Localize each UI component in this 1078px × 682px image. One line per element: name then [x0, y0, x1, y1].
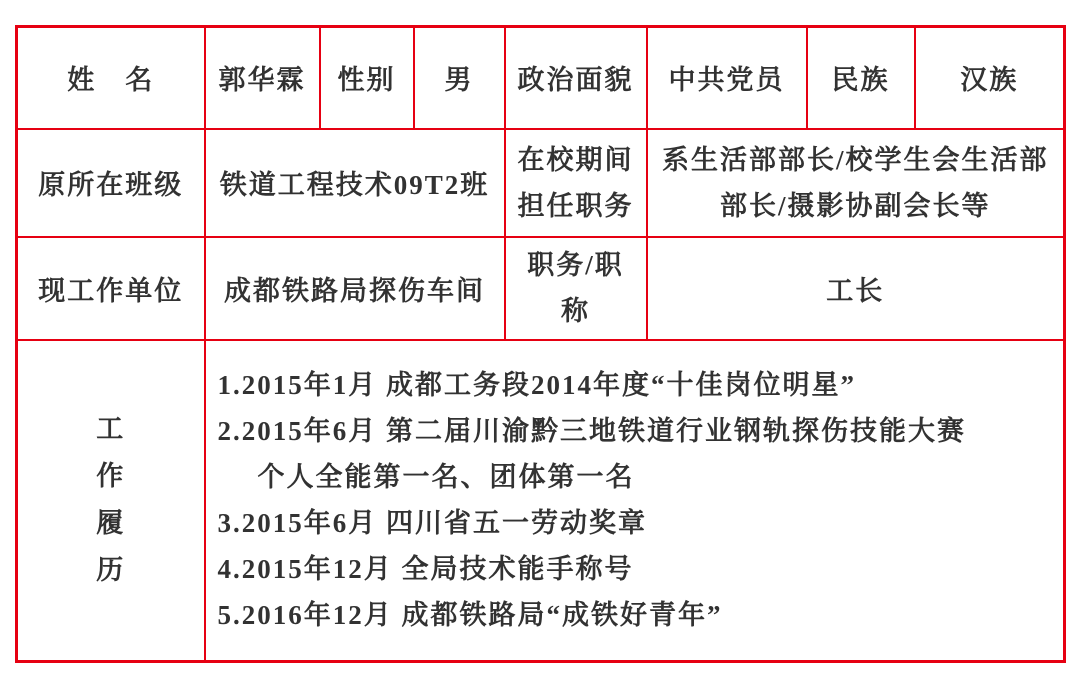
current-employer-label: 现工作单位	[17, 237, 205, 340]
ethnicity-label: 民族	[807, 27, 915, 129]
name-label: 姓 名	[17, 27, 205, 129]
work-history-item-4: 4.2015年12月 全局技术能手称号	[218, 546, 1056, 592]
political-status-label: 政治面貌	[505, 27, 647, 129]
job-title-value: 工长	[647, 237, 1065, 340]
gender-label: 性别	[320, 27, 414, 129]
work-history-content: 1.2015年1月 成都工务段2014年度“十佳岗位明星” 2.2015年6月 …	[205, 340, 1065, 662]
work-history-item-2-continued: 个人全能第一名、团体第一名	[218, 454, 1056, 500]
row-basic-info: 姓 名 郭华霖 性别 男 政治面貌 中共党员 民族 汉族	[17, 27, 1065, 129]
profile-table: 姓 名 郭华霖 性别 男 政治面貌 中共党员 民族 汉族 原所在班级 铁道工程技…	[15, 25, 1066, 663]
ethnicity-value: 汉族	[915, 27, 1065, 129]
school-positions-label: 在校期间 担任职务	[505, 129, 647, 237]
political-status-value: 中共党员	[647, 27, 807, 129]
work-history-label: 工 作 履 历	[17, 340, 205, 662]
original-class-label: 原所在班级	[17, 129, 205, 237]
name-value: 郭华霖	[205, 27, 320, 129]
work-history-item-1: 1.2015年1月 成都工务段2014年度“十佳岗位明星”	[218, 362, 1056, 408]
row-work-history: 工 作 履 历 1.2015年1月 成都工务段2014年度“十佳岗位明星” 2.…	[17, 340, 1065, 662]
original-class-value: 铁道工程技术09T2班	[205, 129, 505, 237]
job-title-label: 职务/职 称	[505, 237, 647, 340]
gender-value: 男	[414, 27, 505, 129]
work-history-item-3: 3.2015年6月 四川省五一劳动奖章	[218, 500, 1056, 546]
school-positions-value: 系生活部部长/校学生会生活部 部长/摄影协副会长等	[647, 129, 1065, 237]
row-class-info: 原所在班级 铁道工程技术09T2班 在校期间 担任职务 系生活部部长/校学生会生…	[17, 129, 1065, 237]
work-history-item-2: 2.2015年6月 第二届川渝黔三地铁道行业钢轨探伤技能大赛	[218, 408, 1056, 454]
work-history-item-5: 5.2016年12月 成都铁路局“成铁好青年”	[218, 592, 1056, 638]
row-employment-info: 现工作单位 成都铁路局探伤车间 职务/职 称 工长	[17, 237, 1065, 340]
current-employer-value: 成都铁路局探伤车间	[205, 237, 505, 340]
